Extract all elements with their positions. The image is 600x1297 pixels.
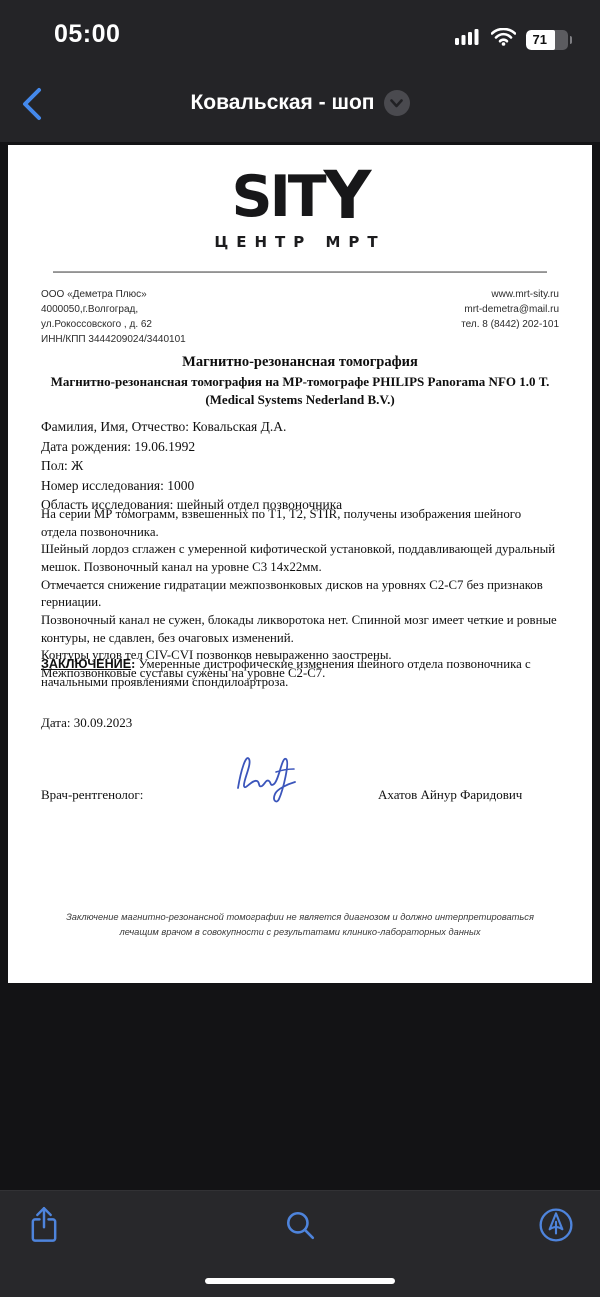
search-button[interactable]	[274, 1199, 326, 1251]
status-bar: 05:00	[0, 0, 600, 64]
findings-paragraph: Позвоночный канал не сужен, блокады ликв…	[41, 612, 559, 647]
findings-paragraph: Отмечается снижение гидратации межпозвон…	[41, 577, 559, 612]
patient-info: Фамилия, Имя, Отчество: Ковальская Д.А. …	[41, 417, 559, 515]
title-text: Ковальская - шоп	[190, 91, 374, 115]
findings-paragraph: На серии МР томограмм, взвешенных по Т1,…	[41, 506, 559, 541]
org-info: ООО «Деметра Плюс» 4000050,г.Волгоград, …	[41, 287, 559, 347]
report-date: Дата: 30.09.2023	[41, 715, 132, 731]
wifi-icon	[491, 28, 516, 51]
conversation-title: Ковальская - шоп	[190, 90, 409, 116]
battery-cap	[570, 36, 573, 44]
battery-icon: 71	[526, 30, 573, 50]
document-viewer[interactable]: SITY ЦЕНТР МРТ ООО «Деметра Плюс» 400005…	[0, 142, 600, 1190]
home-indicator[interactable]	[205, 1278, 395, 1284]
chevron-down-icon	[390, 99, 403, 108]
share-button[interactable]	[18, 1199, 70, 1251]
signature-scribble-icon	[230, 748, 302, 806]
title-dropdown-button[interactable]	[384, 90, 410, 116]
markup-icon	[538, 1207, 574, 1243]
patient-name-line: Фамилия, Имя, Отчество: Ковальская Д.А.	[41, 417, 559, 437]
patient-birthdate-line: Дата рождения: 19.06.1992	[41, 437, 559, 457]
navigation-bar: Ковальская - шоп	[0, 64, 600, 142]
header-divider	[53, 271, 547, 273]
doctor-role-label: Врач-рентгенолог:	[41, 787, 143, 803]
back-chevron-icon	[21, 87, 43, 121]
cellular-signal-icon	[455, 28, 481, 51]
study-number-line: Номер исследования: 1000	[41, 476, 559, 496]
clinic-logo: SITY ЦЕНТР МРТ	[8, 161, 592, 251]
conclusion-label: ЗАКЛЮЧЕНИЕ	[41, 657, 131, 671]
org-address: ООО «Деметра Плюс» 4000050,г.Волгоград, …	[41, 287, 186, 347]
document-titles: Магнитно-резонансная томография Магнитно…	[41, 354, 559, 408]
doctor-name: Ахатов Айнур Фаридович	[378, 787, 522, 803]
doctor-signature	[230, 748, 302, 811]
markup-button[interactable]	[530, 1199, 582, 1251]
top-chrome: 05:00	[0, 0, 600, 142]
phone-screen: 05:00	[0, 0, 600, 1297]
document-page: SITY ЦЕНТР МРТ ООО «Деметра Плюс» 400005…	[8, 145, 592, 983]
back-button[interactable]	[10, 82, 54, 126]
patient-sex-line: Пол: Ж	[41, 456, 559, 476]
status-time: 05:00	[54, 20, 120, 49]
conclusion-block: ЗАКЛЮЧЕНИЕ: Умеренные дистрофические изм…	[41, 656, 559, 692]
document-subtitle: Магнитно-резонансная томография на МР-то…	[41, 373, 559, 408]
findings-paragraph: Шейный лордоз сглажен с умеренной кифоти…	[41, 541, 559, 576]
share-icon	[29, 1206, 59, 1244]
status-icons: 71	[455, 28, 573, 51]
document-title: Магнитно-резонансная томография	[41, 354, 559, 371]
footer-disclaimer: Заключение магнитно-резонансной томограф…	[53, 910, 547, 940]
logo-subtitle: ЦЕНТР МРТ	[8, 233, 592, 251]
logo-brand-text: SITY	[8, 161, 592, 227]
battery-percent: 71	[526, 30, 568, 50]
search-icon	[284, 1209, 316, 1241]
org-contacts: www.mrt-sity.ru mrt-demetra@mail.ru тел.…	[461, 287, 559, 347]
bottom-toolbar	[0, 1190, 600, 1297]
